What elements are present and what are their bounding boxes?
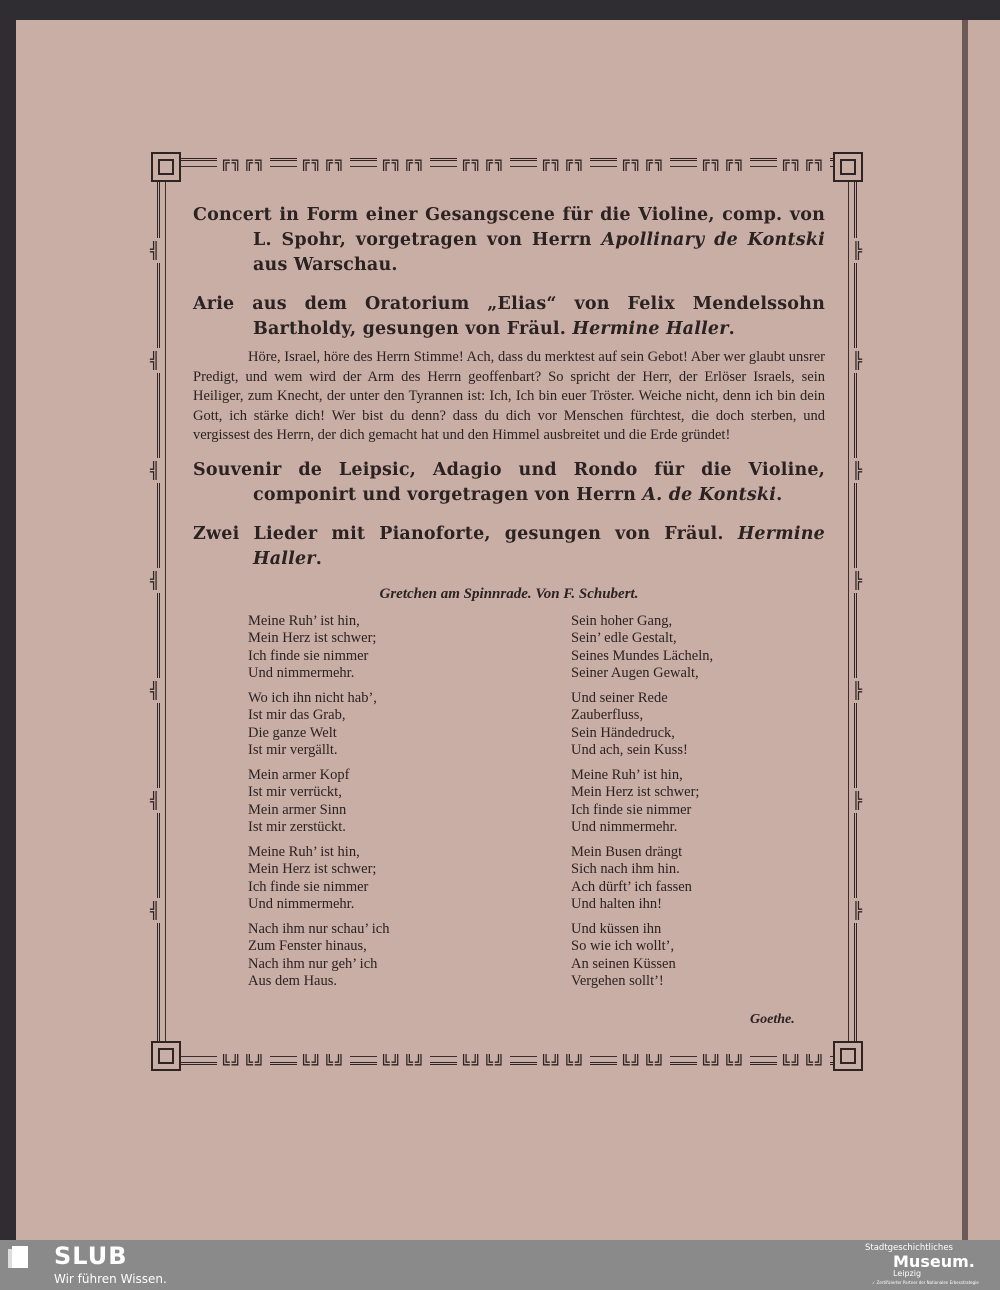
poem-line: Mein Busen drängt	[571, 844, 713, 862]
meander-ornament: ╣	[150, 678, 162, 703]
meander-ornament: ╣	[150, 568, 162, 593]
program-item-concert: Concert in Form einer Gesangscene für di…	[193, 203, 825, 278]
meander-ornament: ╚╝╚╝	[217, 1054, 270, 1073]
performer-name: Hermine Haller	[572, 319, 728, 339]
meander-ornament: ╚╝╚╝	[377, 1054, 430, 1073]
poem-title: Gretchen am Spinnrade. Von F. Schubert.	[193, 586, 825, 603]
meander-ornament: ╔╗╔╗	[217, 152, 270, 171]
museum-certification: ✓ Zertifizierter Partner der Nationalen …	[872, 1280, 979, 1285]
meander-ornament: ╔╗╔╗	[697, 152, 750, 171]
program-item-souvenir: Souvenir de Leipsic, Adagio und Rondo fü…	[193, 458, 825, 508]
poem-line: Zauberfluss,	[571, 707, 713, 725]
meander-ornament: ╠	[852, 568, 864, 593]
meander-ornament: ╠	[852, 788, 864, 813]
poem-line: Sich nach ihm hin.	[571, 861, 713, 879]
meander-ornament: ╠	[852, 348, 864, 373]
footer-bar: SLUB Wir führen Wissen. Stadtgeschichtli…	[0, 1240, 1000, 1290]
meander-ornament: ╔╗╔╗	[617, 152, 670, 171]
meander-ornament: ╠	[852, 678, 864, 703]
slub-tagline: Wir führen Wissen.	[54, 1272, 167, 1286]
poem-line: Zum Fenster hinaus,	[248, 938, 389, 956]
museum-city: Leipzig	[893, 1269, 921, 1278]
performer-name: A. de Kontski	[642, 485, 776, 505]
meander-ornament: ╔╗╔╗	[537, 152, 590, 171]
poem-line: Sein’ edle Gestalt,	[571, 630, 713, 648]
poem-stanza: Und küssen ihnSo wie ich wollt’,An seine…	[571, 921, 713, 991]
frame-corner-ornament	[151, 152, 181, 182]
poem-stanza: Meine Ruh’ ist hin,Mein Herz ist schwer;…	[248, 844, 389, 914]
meander-ornament: ╠	[852, 238, 864, 263]
poem-line: Die ganze Welt	[248, 725, 389, 743]
program-item-lieder: Zwei Lieder mit Pianoforte, gesungen von…	[193, 522, 825, 572]
meander-ornament: ╚╝╚╝	[697, 1054, 750, 1073]
aria-text: Höre, Israel, höre des Herrn Stimme! Ach…	[193, 348, 825, 446]
poem-line: Und nimmermehr.	[248, 665, 389, 683]
poem-line: Mein Herz ist schwer;	[248, 630, 389, 648]
poem-line: Wo ich ihn nicht hab’,	[248, 690, 389, 708]
poem-column-right: Sein hoher Gang,Sein’ edle Gestalt,Seine…	[571, 613, 713, 998]
poem-line: Sein Händedruck,	[571, 725, 713, 743]
poem-line: Sein hoher Gang,	[571, 613, 713, 631]
poem-line: Nach ihm nur geh’ ich	[248, 956, 389, 974]
meander-ornament: ╣	[150, 898, 162, 923]
poem-line: Und ach, sein Kuss!	[571, 742, 713, 760]
poem-line: So wie ich wollt’,	[571, 938, 713, 956]
slub-logo-text[interactable]: SLUB	[54, 1242, 128, 1270]
meander-ornament: ╚╝╚╝	[457, 1054, 510, 1073]
poem-column-left: Meine Ruh’ ist hin,Mein Herz ist schwer;…	[248, 613, 389, 998]
meander-ornament: ╣	[150, 348, 162, 373]
poem-line: Nach ihm nur schau’ ich	[248, 921, 389, 939]
meander-ornament: ╔╗╔╗	[457, 152, 510, 171]
performer-name: Apollinary de Kontski	[601, 230, 825, 250]
meander-ornament: ╔╗╔╗	[297, 152, 350, 171]
poem-line: Ich finde sie nimmer	[248, 648, 389, 666]
poem-line: Ist mir vergällt.	[248, 742, 389, 760]
poem-line: Mein armer Sinn	[248, 802, 389, 820]
facing-page-edge	[968, 20, 1000, 1240]
poem-line: Und halten ihn!	[571, 896, 713, 914]
poem-stanza: Meine Ruh’ ist hin,Mein Herz ist schwer;…	[248, 613, 389, 683]
poem-line: Meine Ruh’ ist hin,	[248, 844, 389, 862]
poem-line: Ich finde sie nimmer	[571, 802, 713, 820]
poem-line: Ist mir zerstückt.	[248, 819, 389, 837]
poem-stanza: Mein Busen drängtSich nach ihm hin.Ach d…	[571, 844, 713, 914]
frame-corner-ornament	[833, 152, 863, 182]
meander-ornament: ╚╝╚╝	[297, 1054, 350, 1073]
poem-line: Ist mir das Grab,	[248, 707, 389, 725]
poem-line: Meine Ruh’ ist hin,	[571, 767, 713, 785]
poem-author: Goethe.	[750, 1012, 795, 1028]
poem-stanza: Wo ich ihn nicht hab’,Ist mir das Grab,D…	[248, 690, 389, 760]
poem-line: Und nimmermehr.	[571, 819, 713, 837]
slub-book-icon	[12, 1246, 28, 1268]
frame-corner-ornament	[833, 1041, 863, 1071]
meander-ornament: ╣	[150, 238, 162, 263]
poem-line: Und nimmermehr.	[248, 896, 389, 914]
poem-line: Aus dem Haus.	[248, 973, 389, 991]
meander-ornament: ╠	[852, 898, 864, 923]
poem-line: Ich finde sie nimmer	[248, 879, 389, 897]
poem-line: Seiner Augen Gewalt,	[571, 665, 713, 683]
poem-stanza: Und seiner RedeZauberfluss,Sein Händedru…	[571, 690, 713, 760]
poem-line: Mein Herz ist schwer;	[571, 784, 713, 802]
poem-line: Ist mir verrückt,	[248, 784, 389, 802]
program-item-aria: Arie aus dem Oratorium „Elias“ von Felix…	[193, 292, 825, 342]
meander-ornament: ╔╗╔╗	[777, 152, 830, 171]
meander-ornament: ╣	[150, 788, 162, 813]
meander-ornament: ╚╝╚╝	[617, 1054, 670, 1073]
meander-ornament: ╚╝╚╝	[777, 1054, 830, 1073]
program-content: Concert in Form einer Gesangscene für di…	[193, 203, 825, 613]
poem-stanza: Nach ihm nur schau’ ichZum Fenster hinau…	[248, 921, 389, 991]
meander-ornament: ╔╗╔╗	[377, 152, 430, 171]
poem-line: An seinen Küssen	[571, 956, 713, 974]
poem-stanza: Meine Ruh’ ist hin,Mein Herz ist schwer;…	[571, 767, 713, 837]
poem-line: Meine Ruh’ ist hin,	[248, 613, 389, 631]
poem-line: Und seiner Rede	[571, 690, 713, 708]
poem-line: Mein Herz ist schwer;	[248, 861, 389, 879]
poem-line: Und küssen ihn	[571, 921, 713, 939]
poem-stanza: Mein armer KopfIst mir verrückt,Mein arm…	[248, 767, 389, 837]
frame-corner-ornament	[151, 1041, 181, 1071]
poem-line: Mein armer Kopf	[248, 767, 389, 785]
poem-line: Seines Mundes Lächeln,	[571, 648, 713, 666]
meander-ornament: ╣	[150, 458, 162, 483]
meander-ornament: ╚╝╚╝	[537, 1054, 590, 1073]
meander-ornament: ╠	[852, 458, 864, 483]
poem-line: Ach dürft’ ich fassen	[571, 879, 713, 897]
poem-line: Vergehen sollt’!	[571, 973, 713, 991]
poem-stanza: Sein hoher Gang,Sein’ edle Gestalt,Seine…	[571, 613, 713, 683]
